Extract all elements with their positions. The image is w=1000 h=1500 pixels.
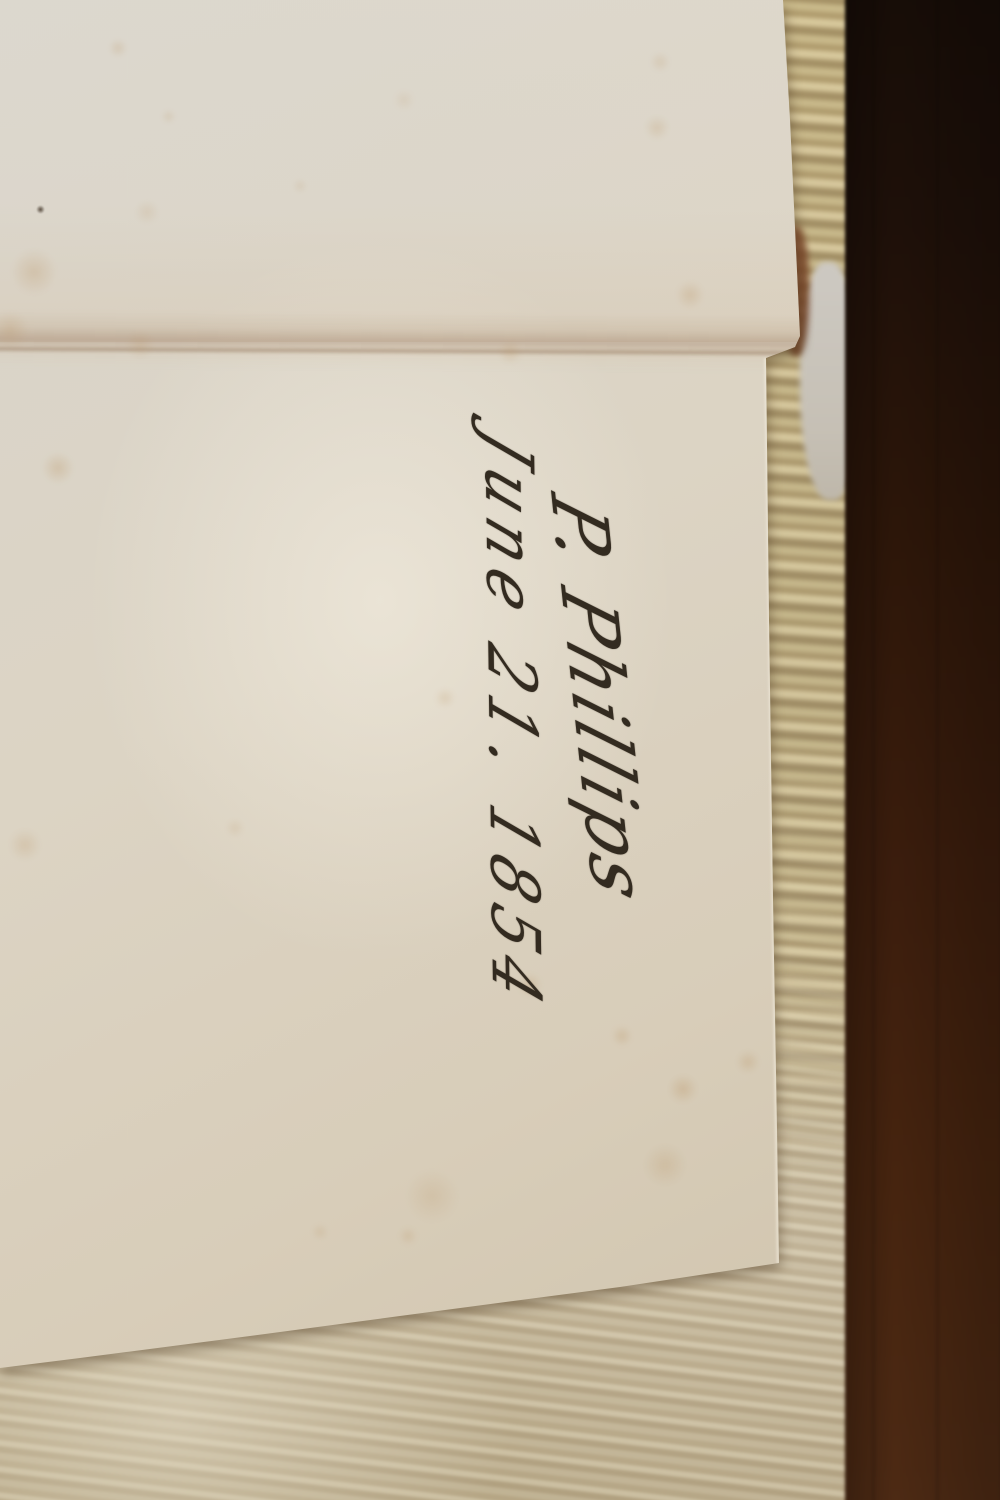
foxing-spot xyxy=(292,178,308,194)
photo-of-book-inscription: P. Phillips June 21. 1854 xyxy=(0,0,1000,1500)
foxing-spot xyxy=(0,310,30,350)
foxing-spot xyxy=(643,1143,687,1187)
foxing-spot xyxy=(10,248,58,296)
foxing-spot xyxy=(434,687,456,709)
foxing-spot xyxy=(675,280,705,310)
foxing-spot xyxy=(611,1025,633,1047)
foxing-spot xyxy=(398,1226,418,1246)
foxing-spot xyxy=(311,1223,329,1241)
foxing-spot xyxy=(41,451,75,485)
foxing-spot xyxy=(161,109,176,124)
foxing-spot xyxy=(736,1050,760,1074)
book-endpaper-page: P. Phillips June 21. 1854 xyxy=(0,0,1000,1500)
foxing-spot xyxy=(649,51,671,73)
foxing-spot xyxy=(134,199,160,225)
foxing-spot xyxy=(393,89,415,111)
foxing-spot xyxy=(404,1168,460,1224)
foxing-spot xyxy=(8,828,42,862)
foxing-spot xyxy=(644,115,670,141)
foxing-spot xyxy=(125,330,155,360)
foxing-spot xyxy=(225,818,245,838)
foxing-spot xyxy=(668,1074,698,1104)
foxing-spot xyxy=(497,339,523,365)
book-page-wrap: P. Phillips June 21. 1854 xyxy=(0,0,1000,1500)
foxing-spot xyxy=(108,38,128,58)
foxing-spot xyxy=(36,205,45,214)
